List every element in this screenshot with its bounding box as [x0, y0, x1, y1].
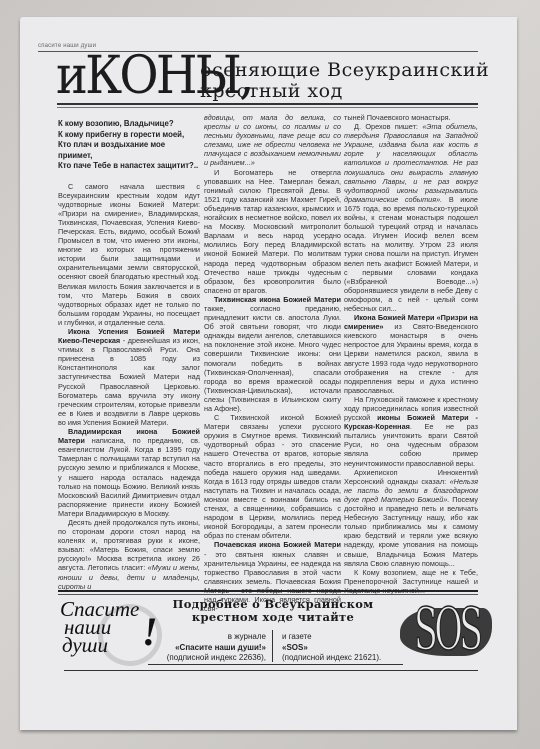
paragraph: Икона Божией Матери «Призри на смирение»…	[344, 313, 478, 395]
paragraph-text: В июле 1675 года, во время польско-турец…	[344, 195, 478, 313]
promo-heading-line: крестном ходе читайте	[168, 611, 378, 624]
publication-underline	[148, 664, 403, 665]
icon-name-heading: Почаевская икона Божией Матери	[214, 540, 341, 549]
paragraph: С самого начала шествия с Всеукраинским …	[58, 182, 200, 328]
sos-logo: SOS	[396, 598, 492, 664]
quote-text: «Эта обитель, твердыня Православия на За…	[344, 122, 478, 204]
sos-logo-text: SOS	[414, 596, 479, 662]
epigraph: К кому возопию, Владычице? К кому прибег…	[58, 119, 200, 172]
headline-sub: осеняющие Всеукраинский крестный ход	[200, 60, 489, 102]
paragraph: С Тихвинской иконой Божией Матери связан…	[204, 413, 341, 540]
pub-index: (подписной индекс 21621).	[282, 653, 402, 664]
publication-divider	[272, 630, 273, 662]
paragraph: Архиепископ Иннокентий Херсонский однажд…	[344, 468, 478, 568]
paragraph: И Богоматерь не отвергла уповавших на Не…	[204, 168, 341, 295]
pub-label: в журнале	[148, 632, 266, 643]
paragraph-text: - древнейшая из икон, чтимых в Православ…	[58, 336, 200, 427]
epigraph-line: К кому возопию, Владычице?	[58, 119, 174, 128]
paragraph-text: Д. Орехов пишет:	[354, 122, 422, 131]
headline-sub-line2: крестный ход	[200, 81, 489, 102]
icon-name-heading: Тихвинская икона Божией Матери	[214, 295, 341, 304]
pub-index: (подписной индекс 22636),	[148, 653, 266, 664]
paragraph: На Глуховской таможне к крестному ходу п…	[344, 395, 478, 468]
paragraph-text: Посему достойно и праведно петь и велича…	[344, 495, 478, 568]
publication-newspaper: и газете «SOS» (подписной индекс 21621).	[282, 632, 402, 664]
paragraph: тыней Почаевского монастыря.	[344, 113, 478, 122]
paragraph: Десять дней продолжался путь иконы, по с…	[58, 518, 200, 591]
spasite-nashi-dushi-logo: Спасите наши души !	[60, 600, 160, 660]
headline-sub-line1: осеняющие Всеукраинский	[200, 60, 489, 81]
article-column-2: вдовицы, от мала до велика, со кресты и …	[200, 113, 341, 613]
paragraph: Икона Успения Божией Матери Киево-Печерс…	[58, 327, 200, 427]
publication-journal: в журнале «Спасите наши души!» (подписно…	[148, 632, 266, 664]
promo-heading: Подробнее о Всеукраинском крестном ходе …	[168, 598, 378, 624]
paragraph-text: написана, по преданию, св. евангелистом …	[58, 436, 200, 518]
paragraph-text: также, согласно преданию, принадлежит ки…	[204, 304, 341, 413]
epigraph-line: К кому прибегну в горести моей,	[58, 130, 184, 139]
paragraph: Тихвинская икона Божией Матери также, со…	[204, 295, 341, 413]
pub-title: «Спасите наши души!»	[148, 643, 266, 654]
epigraph-line: Кто плач и воздыхание мое приимет,	[58, 140, 165, 160]
promo-rule-bottom	[64, 670, 478, 671]
promo-rule-top	[58, 590, 478, 592]
pub-title: «SOS»	[282, 643, 402, 654]
epigraph-line: Кто паче Тебе в напастех защитит?..	[58, 161, 198, 170]
headline-rule	[57, 103, 478, 105]
article-column-1: К кому возопию, Владычице? К кому прибег…	[58, 113, 200, 591]
paragraph: Д. Орехов пишет: «Эта обитель, твердыня …	[344, 122, 478, 313]
article-column-3: тыней Почаевского монастыря. Д. Орехов п…	[344, 113, 478, 595]
headline-rule-thin	[57, 107, 478, 108]
paragraph-text: из Свято-Введенского киевского монастыря…	[344, 322, 478, 395]
pub-label: и газете	[282, 632, 402, 643]
paragraph: Владимирская икона Божией Матери написан…	[58, 427, 200, 518]
quote-continuation: вдовицы, от мала до велика, со кресты и …	[204, 113, 341, 168]
